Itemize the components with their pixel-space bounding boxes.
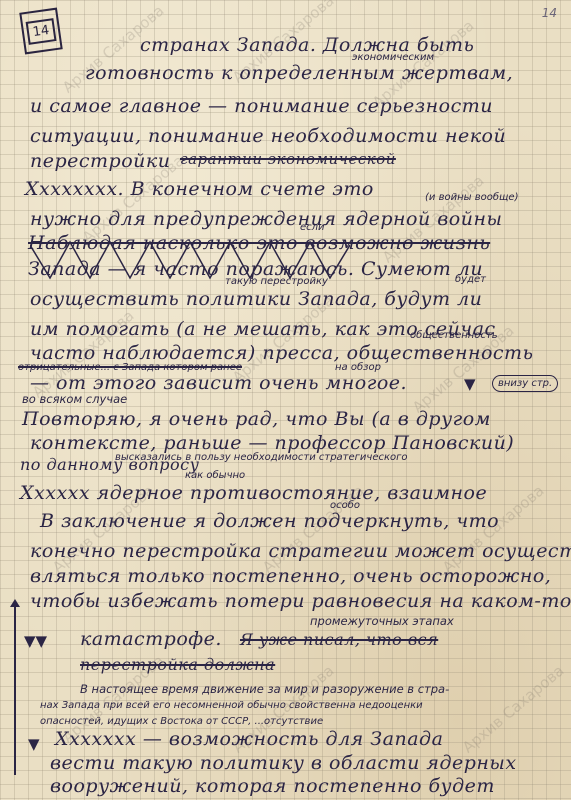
text-line: осуществить политики Запада, будут ли xyxy=(30,288,482,310)
folio-number: 14 xyxy=(542,6,557,20)
text-line: контексте, раньше — профессор Пановский) xyxy=(30,432,514,454)
text-line: вляться только постепенно, очень осторож… xyxy=(30,565,551,587)
margin-arrow-icon xyxy=(14,605,16,775)
text-line: вести такую политику в области ядерных xyxy=(50,752,517,774)
text-line: — от этого зависит очень многое. xyxy=(30,372,407,394)
text-line: и самое главное — понимание серьезности xyxy=(30,95,493,117)
struck-text: гарантии экономической xyxy=(180,150,396,168)
insertion: такую перестройку xyxy=(225,276,328,287)
text-line: по данному вопросу xyxy=(20,455,199,474)
text-line: ситуации, понимание необходимости некой xyxy=(30,125,506,147)
text-line: перестройки xyxy=(30,150,170,172)
document-page: 14 14 Архив Сахарова Архив Сахарова Архи… xyxy=(0,0,571,800)
footnote-line: нах Запада при всей его несомненной обыч… xyxy=(40,700,423,711)
text-line: В заключение я должен подчеркнуть, что xyxy=(40,510,499,532)
insertion: во всяком случае xyxy=(22,392,127,406)
text-line: Хххххх ядерное противостояние, взаимное xyxy=(20,482,487,504)
page-number: 14 xyxy=(25,18,56,45)
text-line: Ххххххх — возможность для Запада xyxy=(55,728,443,750)
insertion-mark-icon: ▼ xyxy=(464,375,476,393)
insertion: промежуточных этапах xyxy=(310,614,454,628)
text-line: готовность к определенным жертвам, xyxy=(85,62,513,84)
page-number-box: 14 xyxy=(19,8,62,55)
insertion: будет xyxy=(455,274,486,285)
insertion: (и войны вообще) xyxy=(425,192,518,203)
insertion: как обычно xyxy=(185,470,245,481)
struck-text: перестройка должна xyxy=(80,655,275,674)
text-line: вооружений, которая постепенно будет xyxy=(50,775,495,797)
text-line: Хххххххх. В конечном счете это xyxy=(25,178,374,200)
insertion-mark-icon: ▼ xyxy=(28,735,40,753)
text-line: чтобы избежать потери равновесия на како… xyxy=(30,590,571,612)
insertion: общественность xyxy=(410,330,498,341)
insertion-mark-icon: ▼▼ xyxy=(24,632,47,650)
footnote-line: опасностей, идущих с Востока от СССР, ..… xyxy=(40,716,323,727)
footnote-line: В настоящее время движение за мир и разо… xyxy=(80,682,449,696)
text-line: катастрофе. xyxy=(80,628,222,650)
struck-text: Я уже писал, что вся xyxy=(240,630,438,649)
text-line: нужно для предупреждения ядерной войны xyxy=(30,208,502,230)
insertion-note: внизу стр. xyxy=(492,375,558,392)
watermark: Архив Сахарова xyxy=(459,661,567,756)
text-line: Повторяю, я очень рад, что Вы (а в друго… xyxy=(22,408,491,430)
text-line: часто наблюдается) пресса, общественност… xyxy=(30,342,533,364)
text-line: конечно перестройка стратегии может осущ… xyxy=(30,540,571,562)
